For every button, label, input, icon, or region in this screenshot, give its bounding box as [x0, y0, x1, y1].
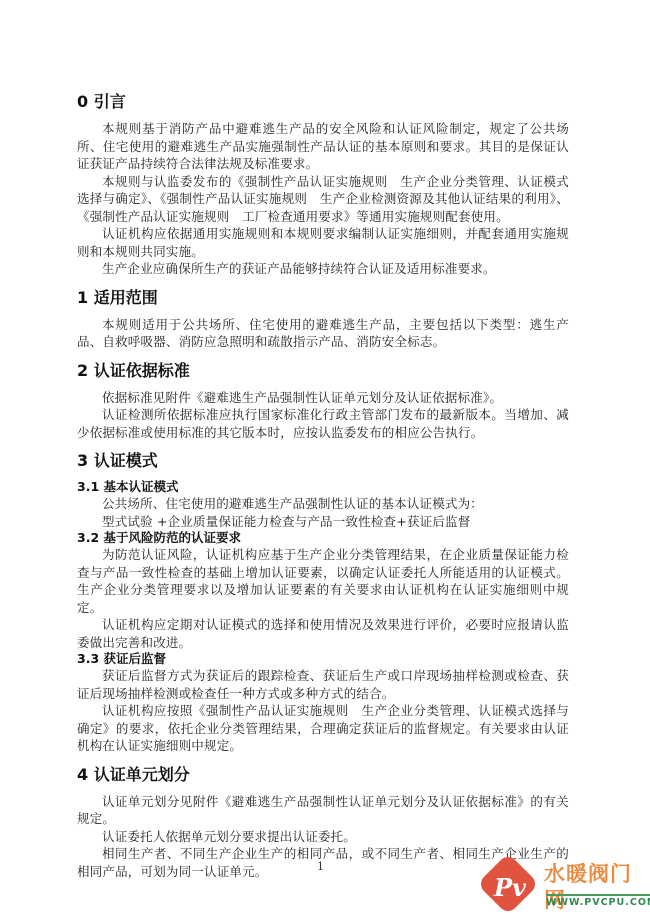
paragraph: 型式试验 +企业质量保证能力检查与产品一致性检查+获证后监督	[77, 513, 569, 531]
paragraph: 认证机构应定期对认证模式的选择和使用情况及效果进行评价，必要时应报请认监委做出完…	[77, 616, 569, 651]
watermark-logo: Pv 水暖阀门网 WWW.PVCPU.COM	[480, 858, 650, 918]
page-number: 1	[317, 860, 324, 873]
logo-letters: Pv	[488, 866, 532, 910]
section-heading-0: 0 引言	[77, 92, 569, 112]
section-heading-3: 3 认证模式	[77, 451, 569, 471]
paragraph: 认证机构应按照《强制性产品认证实施规则 生产企业分类管理、认证模式选择与确定》的…	[77, 702, 569, 755]
paragraph: 获证后监督方式为获证后的跟踪检查、获证后生产或口岸现场抽样检测或检查、获证后现场…	[77, 667, 569, 702]
paragraph: 认证检测所依据标准应执行国家标准化行政主管部门发布的最新版本。当增加、减少依据标…	[77, 406, 569, 441]
paragraph: 本规则适用于公共场所、住宅使用的避难逃生产品，主要包括以下类型：逃生产品、自救呼…	[77, 316, 569, 351]
page-content: 0 引言 本规则基于消防产品中避难逃生产品的安全风险和认证风险制定，规定了公共场…	[77, 92, 569, 880]
paragraph: 为防范认证风险，认证机构应基于生产企业分类管理结果，在企业质量保证能力检查与产品…	[77, 546, 569, 616]
section-heading-2: 2 认证依据标准	[77, 361, 569, 381]
paragraph: 公共场所、住宅使用的避难逃生产品强制性认证的基本认证模式为：	[77, 495, 569, 513]
paragraph: 本规则与认监委发布的《强制性产品认证实施规则 生产企业分类管理、认证模式选择与确…	[77, 173, 569, 226]
paragraph: 认证委托人依据单元划分要求提出认证委托。	[77, 828, 569, 846]
section-heading-1: 1 适用范围	[77, 288, 569, 308]
site-url: WWW.PVCPU.COM	[546, 894, 650, 908]
subsection-heading-3-1: 3.1 基本认证模式	[77, 479, 569, 495]
section-heading-4: 4 认证单元划分	[77, 765, 569, 785]
document-page: 0 引言 本规则基于消防产品中避难逃生产品的安全风险和认证风险制定，规定了公共场…	[0, 0, 650, 920]
paragraph: 生产企业应确保所生产的获证产品能够持续符合认证及适用标准要求。	[77, 260, 569, 278]
subsection-heading-3-2: 3.2 基于风险防范的认证要求	[77, 530, 569, 546]
paragraph: 认证机构应依据通用实施规则和本规则要求编制认证实施细则，并配套通用实施规则和本规…	[77, 225, 569, 260]
paragraph: 认证单元划分见附件《避难逃生产品强制性认证单元划分及认证依据标准》的有关规定。	[77, 793, 569, 828]
paragraph: 本规则基于消防产品中避难逃生产品的安全风险和认证风险制定，规定了公共场所、住宅使…	[77, 120, 569, 173]
paragraph: 依据标准见附件《避难逃生产品强制性认证单元划分及认证依据标准》。	[77, 389, 569, 407]
subsection-heading-3-3: 3.3 获证后监督	[77, 651, 569, 667]
